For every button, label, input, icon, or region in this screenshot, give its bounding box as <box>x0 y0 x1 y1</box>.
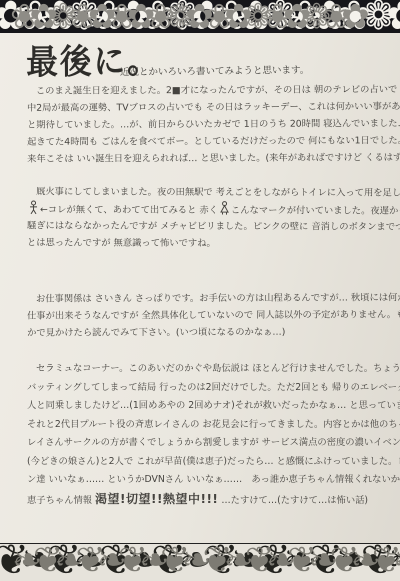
handwritten-line: レイさんサークルの方が書くでしょうから割愛しますが サービス満点の密度の濃いイベ… <box>27 434 389 453</box>
handwritten-text: 恵子ちゃん情報 <box>27 495 95 506</box>
page-subtitle: 近況とかいろいろ書いてみようと思います。 <box>120 62 309 78</box>
handwritten-line: 人と同乗しましたけど…(1回めあやの 2回めナオ)それが救いだったかなぁ… と思… <box>27 397 389 416</box>
paragraph-work: お仕事関係は さいきん さっぱりです。お手伝いの方は山程あるんですが… 秋頃には… <box>27 289 389 341</box>
paragraph-birthday: このまえ誕生日を迎えました。2■才になったんですが、その日は 朝のテレビの占いで… <box>27 81 389 168</box>
emphasized-text: 渇望!切望!!熱望中!!! <box>95 492 218 506</box>
handwritten-line: 恵子ちゃん情報 渇望!切望!!熱望中!!! …たすけて…(たすけて…は怖い話) <box>27 490 389 509</box>
paragraph-toilet: 厩火事にしてしまいました。夜の田無駅で 考えごとをしながらトイレに入って用を足し… <box>27 183 389 252</box>
handwritten-line: ン達 いいなぁ…… というかDVNさん いいなぁ…… あっ誰か恵子ちゃん情報くれ… <box>27 471 389 490</box>
leaf-pattern-icon: ❧❦❧❦❧❦❧❦❧❦❧❦❧❦❧❦❧❦❧ <box>12 543 400 581</box>
top-rose-border: ✿❀✿❁❀✿❀❁✿❀✿❁❀✿❀❁✿❀ ❀✿❁❀✿❀✿❀❁✿❀✿❁❀✿❁❀✿ <box>0 0 400 33</box>
handwritten-line: (今どきの娘さん)と2人で これが早苗(僕は恵子)だったら… と感慨にふけってい… <box>27 453 389 472</box>
handwritten-line: かで見かけたら読んでみて下さい。(いつ頃になるのかなぁ…) <box>27 323 389 341</box>
handwritten-line: 厩火事にしてしまいました。夜の田無駅で 考えごとをしながらトイレに入って用を足し… <box>27 183 389 201</box>
handwritten-line: セラミュなコーナー。このあいだのかぐや島伝説は ほとんど行けませんでした。ちょう… <box>27 360 389 379</box>
handwritten-line: バッティングしてしまって結局 行ったのは2回だけでした。ただ2回とも 帰りのエレ… <box>27 379 389 398</box>
male-pictogram-doodle <box>28 200 39 214</box>
handwritten-line: それと2代目プルート役の斉恵レイさんの お花見会に行ってきました。内容とかは他の… <box>27 416 389 435</box>
handwritten-text: こんなマークが付いていました。夜遅かったので <box>231 205 400 217</box>
handwritten-line: 来年こそは いい誕生日を迎えられれば… と思いました。(来年があればですけど く… <box>27 149 389 168</box>
rose-pattern-icon: ❀✿❁❀✿❀✿❀❁✿❀✿❁❀✿❁❀✿ <box>10 0 361 33</box>
bottom-leaf-border: ❦❧❦❧❦❧❦❧❦❧❦❧❦❧❦❧❦❧❦ ❧❦❧❦❧❦❧❦❧❦❧❦❧❦❧❦❧❦❧ <box>0 543 400 581</box>
handwritten-line: と期待していました。…が、前日からひいたカゼで 1日のうち 20時間 寝込んでい… <box>27 115 389 134</box>
handwritten-line: 騒ぎにはならなかったんですが メチャビビリました。ピンクの壁に 音消しのボタンま… <box>27 217 389 235</box>
handwritten-line: ←コレが無くて、あわてて出てみると 赤く こんなマークが付いていました。夜遅かっ… <box>27 200 389 218</box>
paragraph-seramyu: セラミュなコーナー。このあいだのかぐや島伝説は ほとんど行けませんでした。ちょう… <box>27 360 389 508</box>
female-pictogram-doodle <box>219 201 230 215</box>
handwritten-line: 起きてた4時間も ごはんを食べてボー。としているだけだったので 何にもない1日で… <box>27 132 389 151</box>
afterword-page: ✿❀✿❁❀✿❀❁✿❀✿❁❀✿❀❁✿❀ ❀✿❁❀✿❀✿❀❁✿❀✿❁❀✿❁❀✿ 最後… <box>0 0 400 581</box>
handwritten-line: とは思ったんですが 無意識って怖いですね。 <box>27 234 389 252</box>
handwritten-line: このまえ誕生日を迎えました。2■才になったんですが、その日は 朝のテレビの占いで… <box>27 81 389 100</box>
handwritten-text: …たすけて…(たすけて…は怖い話) <box>218 495 368 506</box>
handwritten-text: ←コレが無くて、あわてて出てみると 赤く <box>40 204 218 216</box>
handwritten-line: 中2局が最高の運勢、TVブロスの占いでも その日はラッキーデー、これは何かいい事… <box>27 98 389 117</box>
handwritten-line: お仕事関係は さいきん さっぱりです。お手伝いの方は山程あるんですが… 秋頃には… <box>27 289 389 307</box>
handwritten-line: 仕事が出来そうなんですが 全然具体化していないので 同人誌以外の予定がありません… <box>27 306 389 324</box>
